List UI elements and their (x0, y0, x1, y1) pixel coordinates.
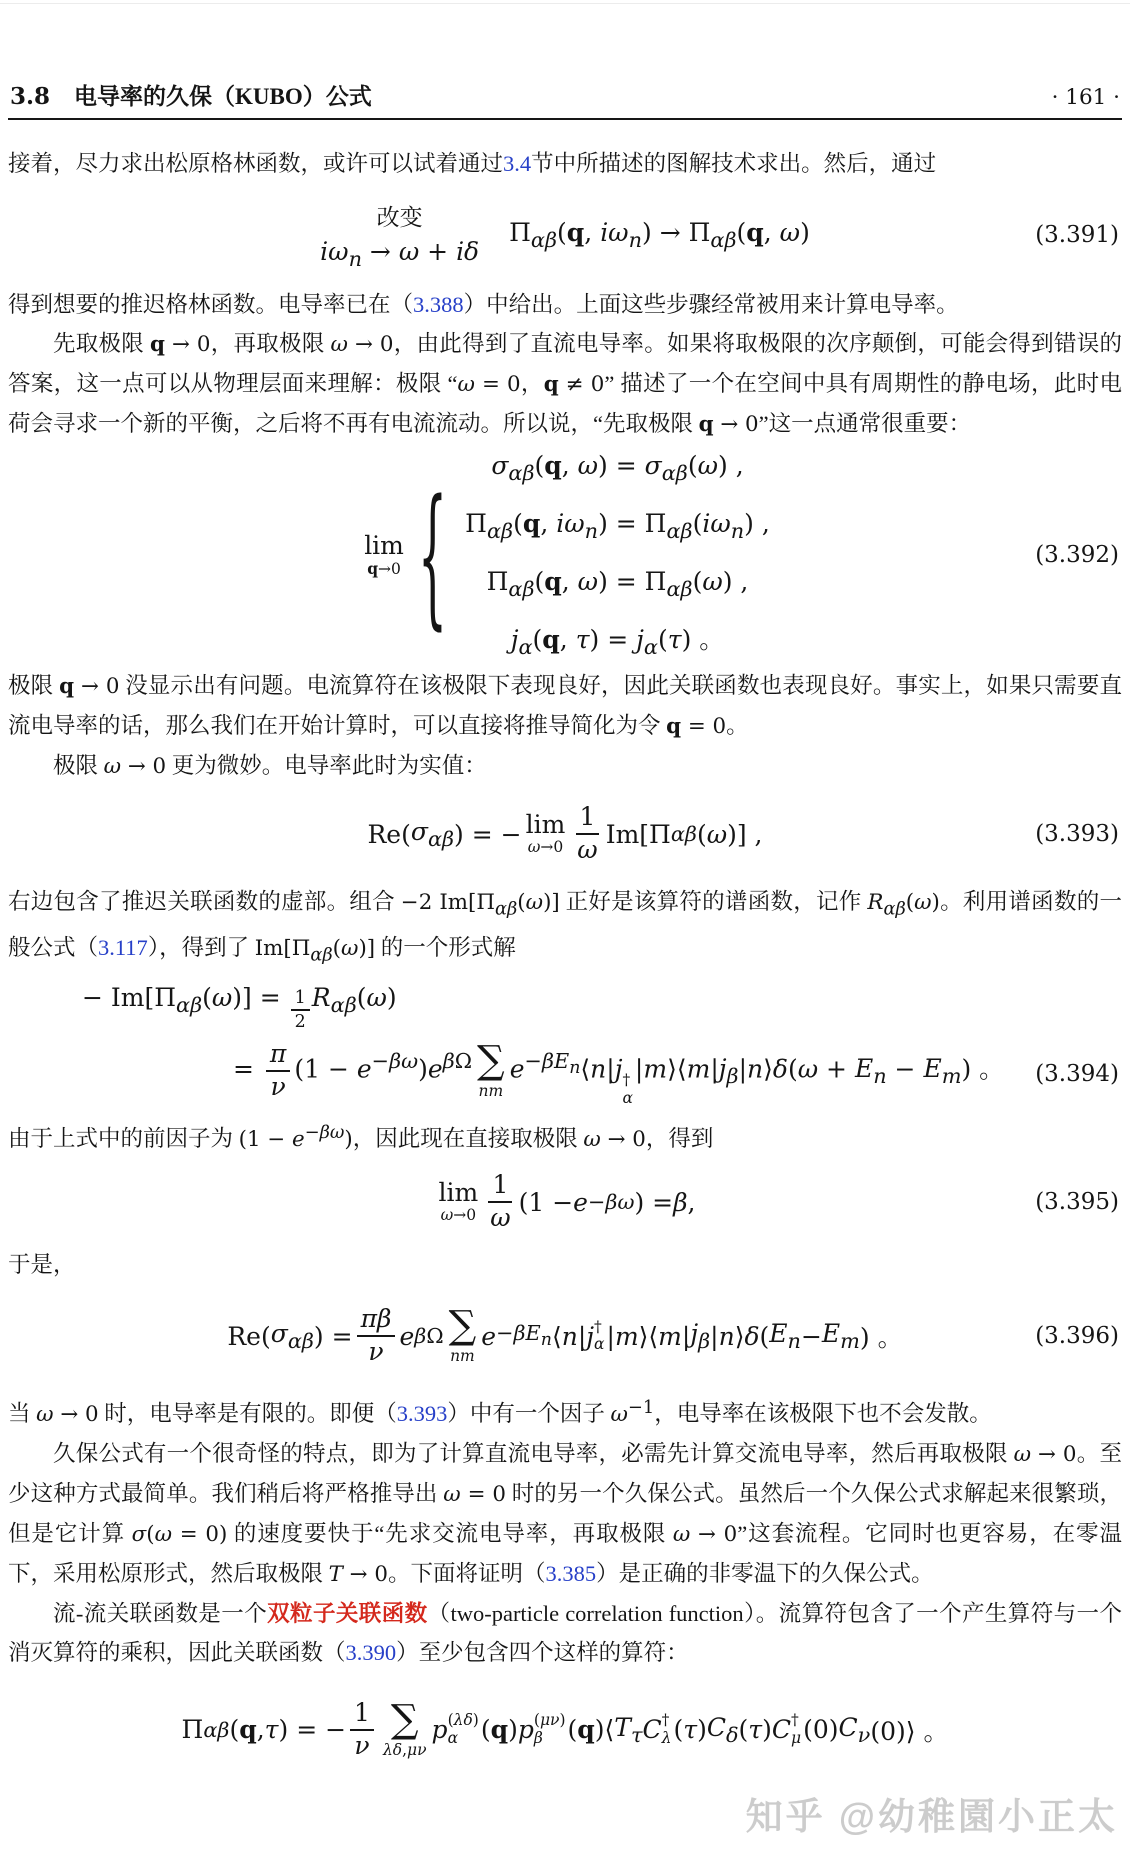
ref-link-3-390[interactable]: 3.390 (346, 1640, 397, 1665)
paragraph-retarded-green: 得到想要的推迟格林函数。电导率已在（3.388）中给出。上面这些步骤经常被用来计… (8, 285, 1122, 324)
paragraph-thus: 于是， (8, 1245, 1122, 1284)
body-text: 接着，尽力求出松原格林函数，或许可以试着通过3.4节中所描述的图解技术求出。然后… (8, 144, 1122, 1777)
equation-3393: Re(σαβ) = − limω→0 1ω Im[Παβ(ω)] , (3.39… (8, 796, 1122, 872)
equation-correlation-final: Παβ(q, τ) = − 1ν∑λδ,μνp(λδ)α(q)p(μν)β(q)… (8, 1682, 1122, 1777)
equation-3395-body: limω→0 1ω(1 − e−βω) = β , (435, 1171, 696, 1233)
equation-3394-line1: − Im[Παβ(ω)] = 12Rαβ(ω) (82, 983, 1122, 1033)
page-header: 3.8电导率的久保（KUBO）公式 · 161 · (8, 78, 1122, 111)
ref-link-3-385[interactable]: 3.385 (545, 1561, 596, 1586)
equation-3392-number: (3.392) (1035, 542, 1119, 568)
ref-link-3-4[interactable]: 3.4 (503, 151, 531, 176)
ref-link-3-393[interactable]: 3.393 (397, 1401, 448, 1426)
paragraph-prefactor: 由于上式中的前因子为 (1 − e−βω)，因此现在直接取极限 ω → 0，得到 (8, 1113, 1122, 1159)
page-top-border (0, 3, 1130, 4)
textbook-page: 3.8电导率的久保（KUBO）公式 · 161 · 接着，尽力求出松原格林函数，… (0, 0, 1130, 1777)
header-rule (8, 118, 1122, 120)
equation-3395-number: (3.395) (1035, 1189, 1119, 1215)
equation-3394-line2: = πν(1 − e−βω)eβΩ∑nme−βEn⟨n|j†α|m⟩⟨m|jβ|… (233, 1040, 1122, 1107)
ref-link-3-388[interactable]: 3.388 (413, 292, 464, 317)
page-number: · 161 · (1052, 85, 1120, 110)
section-number: 3.8 (10, 83, 50, 110)
section-title: 电导率的久保（KUBO）公式 (74, 84, 372, 109)
equation-3391-number: (3.391) (1035, 222, 1119, 248)
equation-3393-body: Re(σαβ) = − limω→0 1ω Im[Παβ(ω)] , (367, 803, 762, 865)
highlight-two-particle-correlation: 双粒子关联函数 (267, 1601, 427, 1626)
paragraph-current-current: 流-流关联函数是一个双粒子关联函数（two-particle correlati… (8, 1594, 1122, 1672)
equation-3395: limω→0 1ω(1 − e−βω) = β , (3.395) (8, 1167, 1122, 1237)
equation-3393-number: (3.393) (1035, 821, 1119, 847)
paragraph-spectral-function: 右边包含了推迟关联函数的虚部。组合 −2 Im[Παβ(ω)] 正好是该算符的谱… (8, 882, 1122, 975)
paragraph-kubo-feature: 久保公式有一个很奇怪的特点，即为了计算直流电导率，必需先计算交流电导率，然后再取… (8, 1434, 1122, 1594)
equation-3396-body: Re(σαβ) = πβνeβΩ∑nme−βEn⟨n|j†α|m⟩⟨m|jβ|n… (227, 1305, 902, 1367)
section-heading: 3.8电导率的久保（KUBO）公式 (10, 78, 372, 111)
equation-3391: 改变iωn → ω + iδΠαβ(q, iωn) → Παβ(q, ω) (3… (8, 195, 1122, 275)
equation-3392: limq→0{σαβ(q, ω) = σαβ(ω) ,Παβ(q, iωn) =… (8, 452, 1122, 658)
paragraph-finite-conductivity: 当 ω → 0 时，电导率是有限的。即便（3.393）中有一个因子 ω−1，电导… (8, 1388, 1122, 1434)
paragraph-omega-limit: 极限 ω → 0 更为微妙。电导率此时为实值： (8, 746, 1122, 786)
zhihu-watermark: 知乎 @幼稚園小正太 (746, 1786, 1118, 1840)
paragraph-q-limit: 极限 q → 0 没显示出有问题。电流算符在该极限下表现良好，因此关联函数也表现… (8, 666, 1122, 746)
equation-3396: Re(σαβ) = πβνeβΩ∑nme−βEn⟨n|j†α|m⟩⟨m|jβ|n… (8, 1292, 1122, 1380)
equation-3394: − Im[Παβ(ω)] = 12Rαβ(ω) = πν(1 − e−βω)eβ… (8, 983, 1122, 1107)
equation-3396-number: (3.396) (1035, 1323, 1119, 1349)
equation-3394-number: (3.394) (1035, 1061, 1119, 1087)
ref-link-3-117[interactable]: 3.117 (98, 935, 148, 960)
paragraph-intro: 接着，尽力求出松原格林函数，或许可以试着通过3.4节中所描述的图解技术求出。然后… (8, 144, 1122, 183)
equation-3391-body: 改变iωn → ω + iδΠαβ(q, iωn) → Παβ(q, ω) (320, 199, 810, 271)
equation-3392-body: limq→0{σαβ(q, ω) = σαβ(ω) ,Παβ(q, iωn) =… (360, 448, 770, 663)
paragraph-limit-order: 先取极限 q → 0，再取极限 ω → 0，由此得到了直流电导率。如果将取极限的… (8, 324, 1122, 444)
equation-correlation-final-body: Παβ(q, τ) = − 1ν∑λδ,μνp(λδ)α(q)p(μν)β(q)… (182, 1699, 949, 1761)
